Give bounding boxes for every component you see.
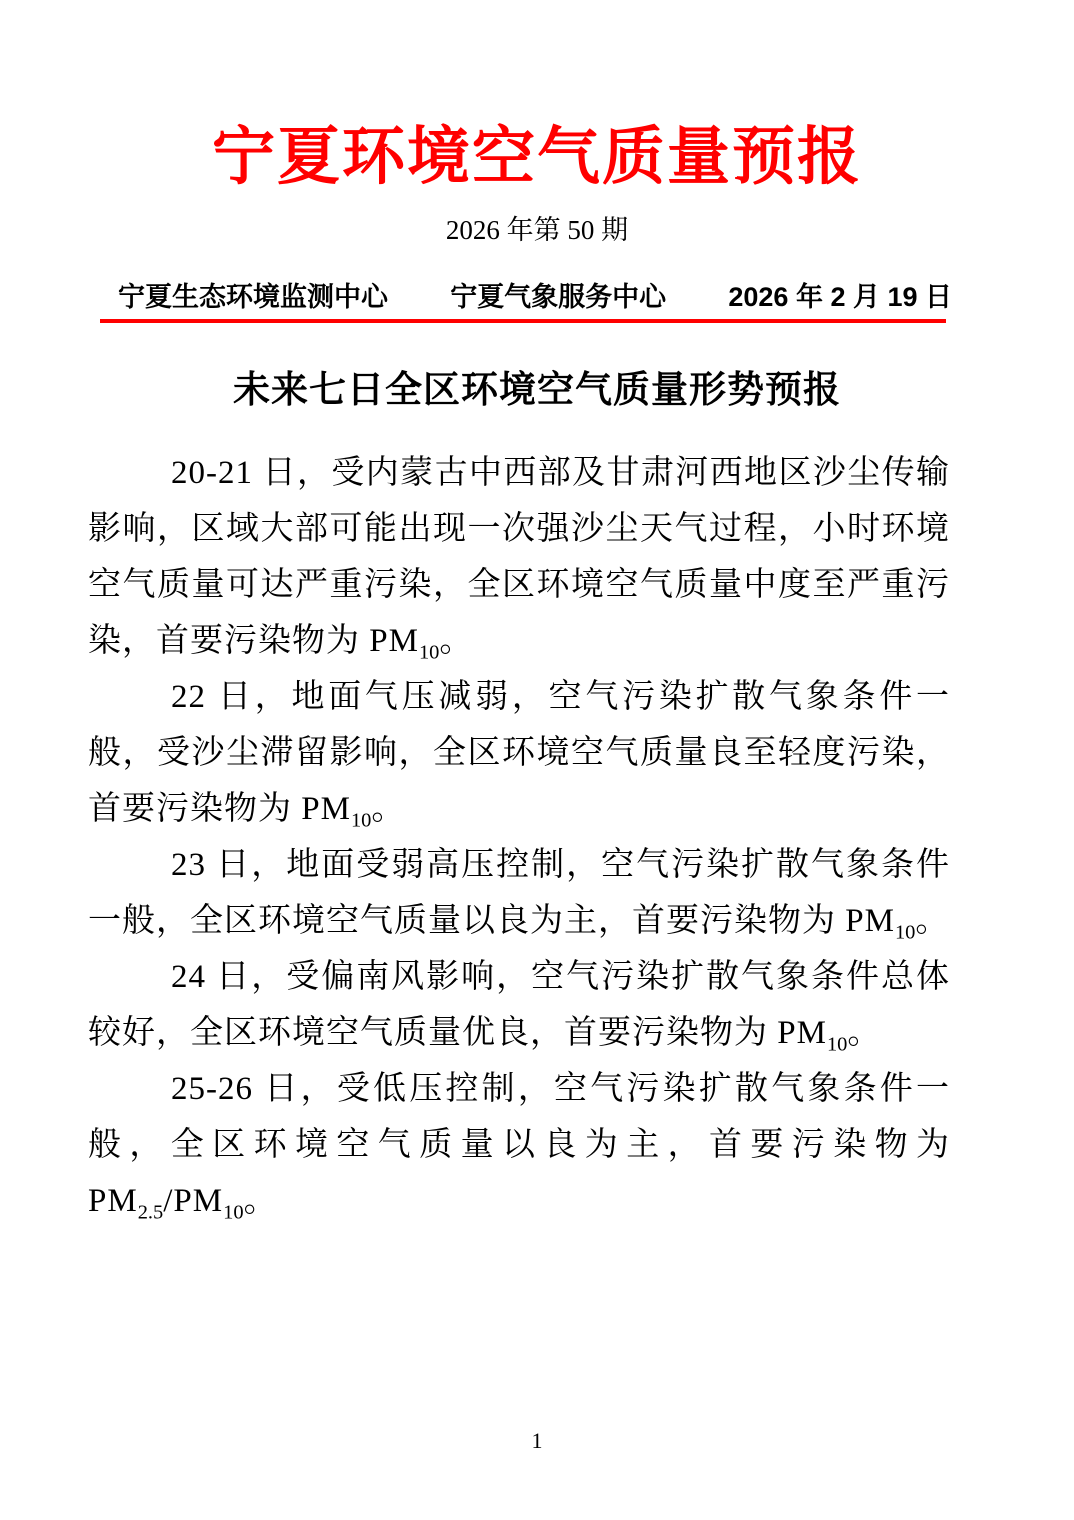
pollutant-subscript: 2.5	[138, 1202, 164, 1224]
paragraph: 22 日，地面气压减弱，空气污染扩散气象条件一般，受沙尘滞留影响，全区环境空气质…	[88, 669, 950, 837]
pollutant-subscript: 10	[827, 1034, 847, 1056]
masthead-row: 宁夏生态环境监测中心 宁夏气象服务中心 2026 年 2 月 19 日	[0, 280, 1074, 314]
issuing-org-center: 宁夏气象服务中心	[450, 280, 666, 314]
paragraph: 25-26 日，受低压控制，空气污染扩散气象条件一般，全区环境空气质量以良为主，…	[88, 1061, 950, 1229]
issue-number: 2026 年第 50 期	[0, 212, 1074, 248]
page-number: 1	[0, 1428, 1074, 1454]
paragraph: 24 日，受偏南风影响，空气污染扩散气象条件总体较好，全区环境空气质量优良，首要…	[88, 949, 950, 1061]
issuing-org-left: 宁夏生态环境监测中心	[118, 280, 388, 314]
body-paragraphs: 20-21 日，受内蒙古中西部及甘肃河西地区沙尘传输影响，区域大部可能出现一次强…	[0, 445, 1074, 1229]
document-title: 宁夏环境空气质量预报	[0, 0, 1074, 202]
pollutant-subscript: 10	[223, 1202, 243, 1224]
pollutant-subscript: 10	[895, 922, 915, 944]
pollutant-subscript: 10	[351, 810, 371, 832]
issue-date: 2026 年 2 月 19 日	[728, 280, 952, 314]
section-heading: 未来七日全区环境空气质量形势预报	[0, 367, 1074, 413]
paragraph: 20-21 日，受内蒙古中西部及甘肃河西地区沙尘传输影响，区域大部可能出现一次强…	[88, 445, 950, 669]
divider-line	[100, 319, 946, 323]
pollutant-subscript: 10	[419, 642, 439, 664]
document-page: 宁夏环境空气质量预报 2026 年第 50 期 宁夏生态环境监测中心 宁夏气象服…	[0, 0, 1074, 1520]
paragraph: 23 日，地面受弱高压控制，空气污染扩散气象条件一般，全区环境空气质量以良为主，…	[88, 837, 950, 949]
